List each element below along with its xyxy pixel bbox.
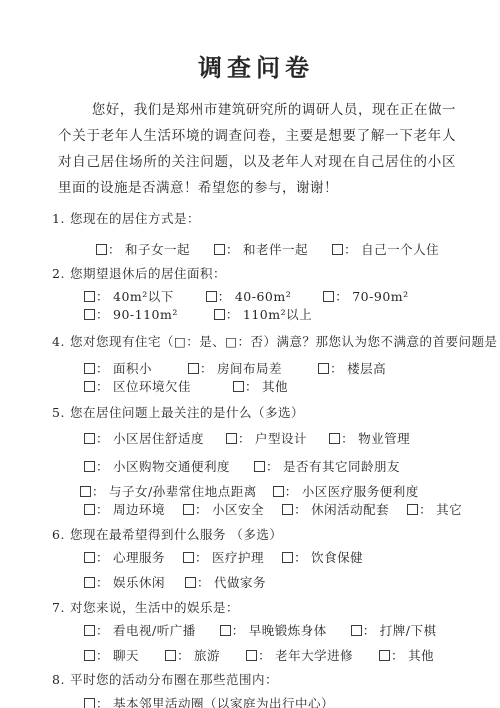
question-text: 您在居住问题上最关注的是什么（多选） — [70, 405, 304, 420]
checkbox-icon[interactable] — [84, 433, 95, 444]
option-label: 小区购物交通便利度 — [113, 459, 230, 474]
option-separator: ： — [96, 459, 109, 474]
option[interactable]: ：打牌/下棋 — [351, 623, 437, 638]
option-label: 110m²以上 — [243, 307, 312, 322]
option-separator: ： — [96, 379, 109, 394]
option-separator: ： — [294, 502, 307, 517]
checkbox-icon[interactable] — [329, 433, 340, 444]
option-separator: ： — [238, 431, 251, 446]
checkbox-icon[interactable] — [84, 381, 95, 392]
option-label: 70-90m² — [352, 289, 408, 304]
option-label: 基本邻里活动圈（以家庭为出行中心） — [113, 696, 334, 708]
option[interactable]: ：楼层高 — [318, 361, 386, 376]
option-separator: ： — [96, 550, 109, 565]
checkbox-icon[interactable] — [226, 433, 237, 444]
question-5: 5.您在居住问题上最关注的是什么（多选） ：小区居住舒适度：户型设计：物业管理 … — [52, 405, 460, 517]
option-label: 户型设计 — [255, 431, 307, 446]
option-label: 聊天 — [113, 648, 139, 663]
option-separator: ： — [391, 648, 404, 663]
option-row: ：区位环境欠佳：其他 — [52, 379, 460, 394]
option-label: 其它 — [436, 502, 462, 517]
option-label: 与子女/孙辈常住地点距离 — [109, 484, 257, 499]
option-label: 自己一个人住 — [361, 242, 439, 257]
question-6: 6.您现在最希望得到什么服务 （多选） ：心理服务：医疗护理：饮食保健 ：娱乐休… — [52, 527, 460, 590]
option-label: 区位环境欠佳 — [113, 379, 191, 394]
option-label: 面积小 — [113, 361, 152, 376]
option-row: ：娱乐休闲：代做家务 — [52, 575, 460, 590]
option-separator: ： — [226, 307, 239, 322]
option[interactable]: ：旅游 — [165, 648, 220, 663]
intro-paragraph: 您好，我们是郑州市建筑研究所的调研人员，现在正在做一个关于老年人生活环境的调查问… — [58, 97, 456, 201]
checkbox-icon[interactable] — [214, 309, 225, 320]
option-label: 小区安全 — [212, 502, 264, 517]
option-label: 心理服务 — [113, 550, 165, 565]
question-text: 您现在最希望得到什么服务 （多选） — [70, 527, 282, 542]
option-separator: ： — [96, 289, 109, 304]
question-header: 8.平时您的活动分布圈在那些范围内： — [52, 672, 460, 688]
option-separator: ： — [96, 648, 109, 663]
question-8: 8.平时您的活动分布圈在那些范围内： ：基本邻里活动圈（以家庭为出行中心） — [52, 672, 460, 708]
checkbox-icon[interactable] — [254, 461, 265, 472]
option-separator: ： — [232, 623, 245, 638]
option-label: 房间布局差 — [217, 361, 282, 376]
option-label: 是否有其它同龄朋友 — [283, 459, 400, 474]
option[interactable]: ：早晚锻炼身体 — [220, 623, 327, 638]
option-separator: ： — [92, 484, 105, 499]
option-label: 其他 — [408, 648, 434, 663]
option-separator: ： — [341, 431, 354, 446]
checkbox-icon[interactable] — [96, 244, 107, 255]
question-number: 4. — [52, 334, 65, 349]
option-separator: ： — [419, 502, 432, 517]
checkbox-icon[interactable] — [84, 309, 95, 320]
option-separator: ： — [96, 502, 109, 517]
option-separator: ： — [200, 361, 213, 376]
questionnaire-page: 调查问卷 您好，我们是郑州市建筑研究所的调研人员，现在正在做一个关于老年人生活环… — [0, 0, 500, 708]
checkbox-icon[interactable] — [351, 625, 362, 636]
option[interactable]: ：聊天 — [84, 648, 139, 663]
option[interactable]: ：和老伴一起 — [214, 242, 308, 257]
option-separator: ： — [294, 550, 307, 565]
checkbox-icon[interactable] — [84, 650, 95, 661]
option-row: ：小区购物交通便利度：是否有其它同龄朋友 — [52, 459, 460, 474]
option-label: 代做家务 — [214, 575, 266, 590]
question-4: 4.您对您现有住宅（□：是、□：否）满意？那您认为您不满意的首要问题是 ：面积小… — [52, 334, 460, 394]
checkbox-icon[interactable] — [84, 552, 95, 563]
checkbox-icon[interactable] — [282, 504, 293, 515]
option-separator: ： — [258, 648, 271, 663]
option-row: ：90-110m²：110m²以上 — [52, 307, 460, 322]
checkbox-icon[interactable] — [214, 244, 225, 255]
question-number: 7. — [52, 600, 65, 615]
checkbox-icon[interactable] — [80, 486, 91, 497]
option[interactable]: ：看电视/听广播 — [84, 623, 196, 638]
option-label: 医疗护理 — [212, 550, 264, 565]
checkbox-icon[interactable] — [273, 486, 284, 497]
question-header: 6.您现在最希望得到什么服务 （多选） — [52, 527, 460, 543]
question-text: 您现在的居住方式是： — [70, 211, 200, 226]
question-number: 8. — [52, 672, 65, 687]
option-label: 周边环境 — [113, 502, 165, 517]
question-2: 2.您期望退休后的居住面积： ：40m²以下：40-60m²：70-90m² ：… — [52, 266, 460, 322]
option[interactable]: ：其它 — [407, 502, 462, 517]
option[interactable]: ：小区购物交通便利度 — [84, 459, 230, 474]
question-text: 您对您现有住宅（□：是、□：否）满意？那您认为您不满意的首要问题是 — [70, 334, 498, 349]
checkbox-icon[interactable] — [246, 650, 257, 661]
question-number: 5. — [52, 405, 65, 420]
option[interactable]: ：是否有其它同龄朋友 — [254, 459, 400, 474]
question-text: 对您来说，生活中的娱乐是： — [70, 600, 239, 615]
option-label: 物业管理 — [358, 431, 410, 446]
question-1: 1.您现在的居住方式是： ：和子女一起：和老伴一起：自己一个人住 — [52, 211, 460, 257]
option[interactable]: ：90-110m² — [84, 307, 178, 322]
option-separator: ： — [195, 502, 208, 517]
option[interactable]: ：其他 — [233, 379, 288, 394]
question-header: 4.您对您现有住宅（□：是、□：否）满意？那您认为您不满意的首要问题是 — [52, 334, 460, 350]
question-number: 6. — [52, 527, 65, 542]
page-title: 调查问卷 — [52, 48, 460, 83]
option-separator: ： — [108, 242, 121, 257]
question-7: 7.对您来说，生活中的娱乐是： ：看电视/听广播：早晚锻炼身体：打牌/下棋 ：聊… — [52, 600, 460, 663]
option-label: 40m²以下 — [113, 289, 174, 304]
option[interactable]: ：房间布局差 — [188, 361, 282, 376]
option[interactable]: ：与子女/孙辈常住地点距离 — [80, 484, 257, 499]
option-separator: ： — [96, 575, 109, 590]
option-label: 小区医疗服务便利度 — [302, 484, 419, 499]
option-label: 娱乐休闲 — [113, 575, 165, 590]
checkbox-icon[interactable] — [407, 504, 418, 515]
option-separator: ： — [195, 550, 208, 565]
option-label: 和老伴一起 — [243, 242, 308, 257]
option-label: 饮食保健 — [311, 550, 363, 565]
option-label: 和子女一起 — [125, 242, 190, 257]
question-text: 您期望退休后的居住面积： — [70, 266, 226, 281]
option-label: 老年大学进修 — [275, 648, 353, 663]
option-label: 楼层高 — [347, 361, 386, 376]
checkbox-icon[interactable] — [84, 291, 95, 302]
option-separator: ： — [197, 575, 210, 590]
option-row: ：周边环境：小区安全：休闲活动配套：其它 — [52, 502, 460, 517]
option[interactable]: ：老年大学进修 — [246, 648, 353, 663]
checkbox-icon[interactable] — [183, 552, 194, 563]
option-label: 休闲活动配套 — [311, 502, 389, 517]
option[interactable]: ：和子女一起 — [96, 242, 190, 257]
checkbox-icon[interactable] — [84, 363, 95, 374]
checkbox-icon[interactable] — [206, 291, 217, 302]
checkbox-icon[interactable] — [282, 552, 293, 563]
option[interactable]: ：自己一个人住 — [332, 242, 439, 257]
checkbox-icon[interactable] — [185, 577, 196, 588]
question-number: 2. — [52, 266, 65, 281]
option-label: 旅游 — [194, 648, 220, 663]
checkbox-icon[interactable] — [84, 577, 95, 588]
option-label: 早晚锻炼身体 — [249, 623, 327, 638]
checkbox-icon[interactable] — [220, 625, 231, 636]
option[interactable]: ：娱乐休闲 — [84, 575, 165, 590]
question-header: 1.您现在的居住方式是： — [52, 211, 460, 227]
option[interactable]: ：饮食保健 — [282, 550, 363, 565]
option[interactable]: ：小区安全 — [183, 502, 264, 517]
checkbox-icon[interactable] — [84, 625, 95, 636]
option[interactable]: ：其他 — [379, 648, 434, 663]
option-row: ：面积小：房间布局差：楼层高 — [52, 361, 460, 376]
option-label: 40-60m² — [235, 289, 291, 304]
option-separator: ： — [363, 623, 376, 638]
option[interactable]: ：40m²以下 — [84, 289, 174, 304]
option-label: 看电视/听广播 — [113, 623, 196, 638]
option-row: ：小区居住舒适度：户型设计：物业管理 — [52, 431, 460, 446]
checkbox-icon[interactable] — [332, 244, 343, 255]
checkbox-icon[interactable] — [165, 650, 176, 661]
checkbox-icon[interactable] — [84, 461, 95, 472]
option-separator: ： — [330, 361, 343, 376]
option[interactable]: ：休闲活动配套 — [282, 502, 389, 517]
option-separator: ： — [96, 307, 109, 322]
option-label: 打牌/下棋 — [380, 623, 437, 638]
option-separator: ： — [266, 459, 279, 474]
checkbox-icon[interactable] — [84, 698, 95, 708]
question-header: 2.您期望退休后的居住面积： — [52, 266, 460, 282]
option[interactable]: ：医疗护理 — [183, 550, 264, 565]
option-separator: ： — [177, 648, 190, 663]
option[interactable]: ：110m²以上 — [214, 307, 312, 322]
option[interactable]: ：面积小 — [84, 361, 152, 376]
question-text: 平时您的活动分布圈在那些范围内： — [70, 672, 278, 687]
option-row: ：40m²以下：40-60m²：70-90m² — [52, 289, 460, 304]
option-label: 90-110m² — [113, 307, 178, 322]
option-label: 其他 — [262, 379, 288, 394]
option-separator: ： — [335, 289, 348, 304]
option[interactable]: ：户型设计 — [226, 431, 307, 446]
checkbox-icon[interactable] — [188, 363, 199, 374]
checkbox-icon[interactable] — [323, 291, 334, 302]
option[interactable]: ：区位环境欠佳 — [84, 379, 191, 394]
option[interactable]: ：周边环境 — [84, 502, 165, 517]
option-label: 小区居住舒适度 — [113, 431, 204, 446]
option[interactable]: ：40-60m² — [206, 289, 291, 304]
option-separator: ： — [96, 696, 109, 708]
option-separator: ： — [245, 379, 258, 394]
option-separator: ： — [96, 431, 109, 446]
checkbox-icon[interactable] — [233, 381, 244, 392]
option-row: ：与子女/孙辈常住地点距离：小区医疗服务便利度 — [52, 484, 460, 499]
question-header: 5.您在居住问题上最关注的是什么（多选） — [52, 405, 460, 421]
option[interactable]: ：小区医疗服务便利度 — [273, 484, 419, 499]
option-row: ：基本邻里活动圈（以家庭为出行中心） — [52, 696, 460, 708]
option-separator: ： — [96, 623, 109, 638]
question-number: 1. — [52, 211, 65, 226]
option[interactable]: ：基本邻里活动圈（以家庭为出行中心） — [84, 696, 334, 708]
option[interactable]: ：物业管理 — [329, 431, 410, 446]
option-separator: ： — [226, 242, 239, 257]
checkbox-icon[interactable] — [318, 363, 329, 374]
checkbox-icon[interactable] — [84, 504, 95, 515]
option-row: ：和子女一起：和老伴一起：自己一个人住 — [52, 242, 460, 257]
option-separator: ： — [218, 289, 231, 304]
option-row: ：聊天：旅游：老年大学进修：其他 — [52, 648, 460, 663]
option[interactable]: ：代做家务 — [185, 575, 266, 590]
option-separator: ： — [344, 242, 357, 257]
option-separator: ： — [285, 484, 298, 499]
option-separator: ： — [96, 361, 109, 376]
option[interactable]: ：70-90m² — [323, 289, 408, 304]
option-row: ：看电视/听广播：早晚锻炼身体：打牌/下棋 — [52, 623, 460, 638]
checkbox-icon[interactable] — [183, 504, 194, 515]
option[interactable]: ：心理服务 — [84, 550, 165, 565]
option[interactable]: ：小区居住舒适度 — [84, 431, 204, 446]
option-row: ：心理服务：医疗护理：饮食保健 — [52, 550, 460, 565]
question-header: 7.对您来说，生活中的娱乐是： — [52, 600, 460, 616]
checkbox-icon[interactable] — [379, 650, 390, 661]
